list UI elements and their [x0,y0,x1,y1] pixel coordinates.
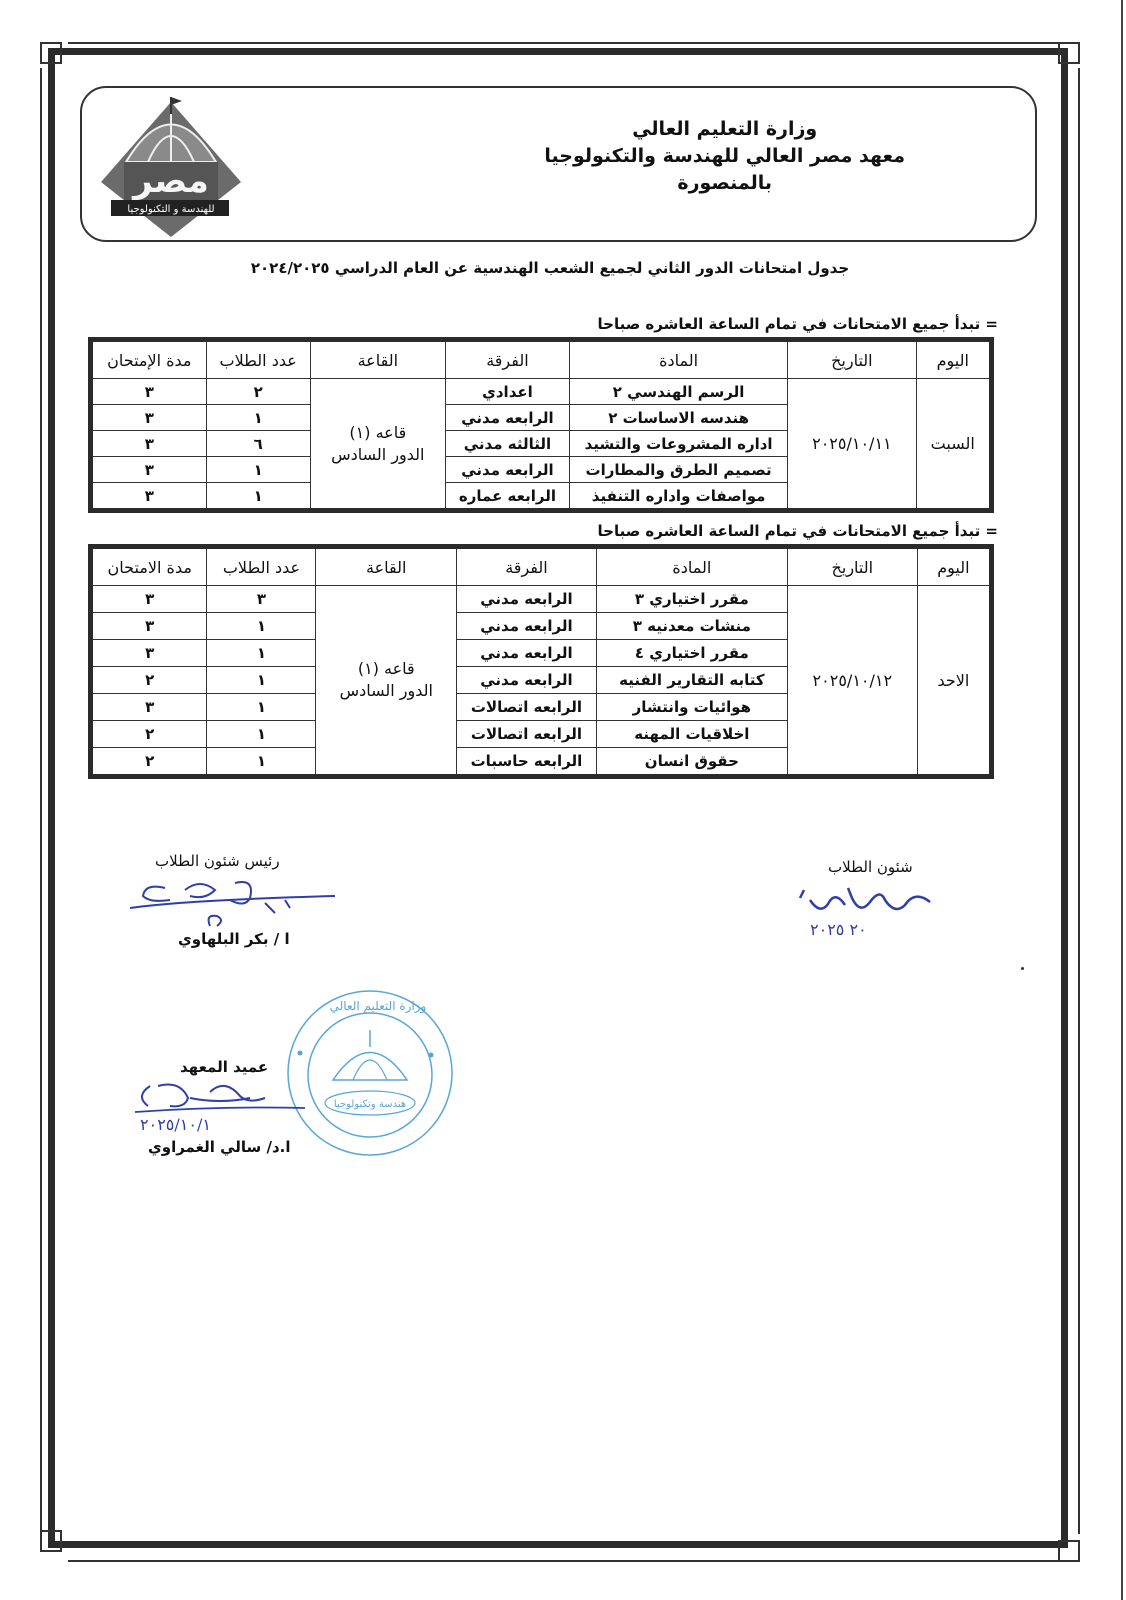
table-row: الاحد ٢٠٢٥/١٠/١٢ مقرر اختياري ٣ الرابعه … [91,586,992,613]
student-affairs-label: شئون الطلاب [828,858,913,876]
dean-name: ا.د/ سالي الغمراوي [148,1138,291,1156]
duration-cell: ٢ [91,748,207,777]
level-cell: الرابعه مدني [457,613,597,640]
head-student-affairs-label: رئيس شئون الطلاب [155,852,280,870]
svg-text:مصر: مصر [131,161,209,201]
students-cell: ١ [207,613,316,640]
subject-cell: تصميم الطرق والمطارات [570,457,788,483]
col-students: عدد الطلاب [207,547,316,586]
frame-corner [40,42,62,64]
col-date: التاريخ [787,547,917,586]
table-header-row: اليوم التاريخ المادة الفرقة القاعة عدد ا… [91,340,992,379]
subject-cell: مواصفات واداره التنفيذ [570,483,788,511]
head-student-affairs-signature-icon [125,878,340,928]
duration-cell: ٣ [91,379,207,405]
level-cell: الرابعه اتصالات [457,721,597,748]
level-cell: الرابعه حاسبات [457,748,597,777]
level-cell: الرابعه مدني [457,640,597,667]
date-cell: ٢٠٢٥/١٠/١١ [788,379,916,511]
header-institution: وزارة التعليم العالي معهد مصر العالي لله… [544,116,905,197]
svg-text:للهندسة و التكنولوجيا: للهندسة و التكنولوجيا [127,204,214,215]
table-row: السبت ٢٠٢٥/١٠/١١ الرسم الهندسي ٢ اعدادي … [91,379,992,405]
head-student-affairs-name: ا / بكر البلهاوي [178,930,290,948]
day-cell: السبت [916,379,992,511]
exam-table-saturday: اليوم التاريخ المادة الفرقة القاعة عدد ا… [88,337,994,513]
svg-text:٢٠ ٢٠٢٥: ٢٠ ٢٠٢٥ [810,920,867,939]
col-level: الفرقة [457,547,597,586]
level-cell: الرابعه عماره [445,483,569,511]
students-cell: ١ [206,405,310,431]
students-cell: ١ [207,721,316,748]
dean-label: عميد المعهد [180,1058,268,1076]
student-affairs-signature-icon: ٢٠ ٢٠٢٥ [790,880,940,940]
institute-logo-icon: مصر للهندسة و التكنولوجيا [96,92,246,237]
subject-cell: حقوق انسان [596,748,787,777]
page-title: جدول امتحانات الدور الثاني لجميع الشعب ا… [230,259,870,277]
hall-name: قاعه (١) [315,422,441,444]
scan-edge [1121,0,1123,1600]
students-cell: ١ [207,694,316,721]
subject-cell: اخلاقيات المهنه [596,721,787,748]
institute-city: بالمنصورة [544,170,905,197]
duration-cell: ٢ [91,721,207,748]
col-subject: المادة [570,340,788,379]
hall-cell: قاعه (١) الدور السادس [310,379,445,511]
level-cell: الرابعه مدني [445,457,569,483]
scan-speck [1021,967,1024,970]
duration-cell: ٣ [91,613,207,640]
frame-corner [40,1530,62,1552]
frame-corner [1058,42,1080,64]
official-stamp-icon: هندسة وتكنولوجيا وزارة التعليم العالي [283,985,453,1160]
frame-corner [1058,1540,1080,1562]
students-cell: ١ [207,640,316,667]
level-cell: الرابعه اتصالات [457,694,597,721]
hall-name: قاعه (١) [320,658,452,680]
col-duration: مدة الامتحان [91,547,207,586]
students-cell: ١ [206,483,310,511]
svg-text:هندسة وتكنولوجيا: هندسة وتكنولوجيا [334,1099,406,1110]
date-cell: ٢٠٢٥/١٠/١٢ [787,586,917,777]
exam-table-sunday: اليوم التاريخ المادة الفرقة القاعة عدد ا… [88,544,994,779]
duration-cell: ٣ [91,405,207,431]
level-cell: الرابعه مدني [457,667,597,694]
col-subject: المادة [596,547,787,586]
duration-cell: ٣ [91,483,207,511]
col-day: اليوم [916,340,992,379]
level-cell: الرابعه مدني [445,405,569,431]
col-duration: مدة الإمتحان [91,340,207,379]
svg-text:وزارة التعليم العالي: وزارة التعليم العالي [330,999,427,1014]
level-cell: الرابعه مدني [457,586,597,613]
dean-signature-icon: ٢٠٢٥/١٠/١ [130,1078,310,1133]
students-cell: ١ [206,457,310,483]
hall-floor: الدور السادس [315,444,441,466]
students-cell: ٣ [207,586,316,613]
subject-cell: هوائيات وانتشار [596,694,787,721]
duration-cell: ٣ [91,640,207,667]
level-cell: الثالثه مدني [445,431,569,457]
subject-cell: كتابه التقارير الفنيه [596,667,787,694]
duration-cell: ٣ [91,431,207,457]
col-day: اليوم [917,547,991,586]
col-students: عدد الطلاب [206,340,310,379]
students-cell: ١ [207,667,316,694]
ministry-name: وزارة التعليم العالي [544,116,905,143]
col-hall: القاعة [316,547,457,586]
hall-floor: الدور السادس [320,680,452,702]
subject-cell: منشات معدنيه ٣ [596,613,787,640]
table-header-row: اليوم التاريخ المادة الفرقة القاعة عدد ا… [91,547,992,586]
exam-start-note: = تبدأ جميع الامتحانات في تمام الساعة ال… [598,315,998,333]
subject-cell: مقرر اختياري ٤ [596,640,787,667]
col-level: الفرقة [445,340,569,379]
students-cell: ٢ [206,379,310,405]
exam-start-note: = تبدأ جميع الامتحانات في تمام الساعة ال… [598,522,998,540]
duration-cell: ٢ [91,667,207,694]
col-date: التاريخ [788,340,916,379]
day-cell: الاحد [917,586,991,777]
subject-cell: مقرر اختياري ٣ [596,586,787,613]
duration-cell: ٣ [91,586,207,613]
svg-text:٢٠٢٥/١٠/١: ٢٠٢٥/١٠/١ [140,1115,211,1133]
institute-name: معهد مصر العالي للهندسة والتكنولوجيا [544,143,905,170]
duration-cell: ٣ [91,694,207,721]
level-cell: اعدادي [445,379,569,405]
header-box: مصر للهندسة و التكنولوجيا وزارة التعليم … [80,86,1037,242]
subject-cell: اداره المشروعات والتشيد [570,431,788,457]
hall-cell: قاعه (١) الدور السادس [316,586,457,777]
students-cell: ١ [207,748,316,777]
col-hall: القاعة [310,340,445,379]
students-cell: ٦ [206,431,310,457]
subject-cell: هندسه الاساسات ٢ [570,405,788,431]
subject-cell: الرسم الهندسي ٢ [570,379,788,405]
duration-cell: ٣ [91,457,207,483]
